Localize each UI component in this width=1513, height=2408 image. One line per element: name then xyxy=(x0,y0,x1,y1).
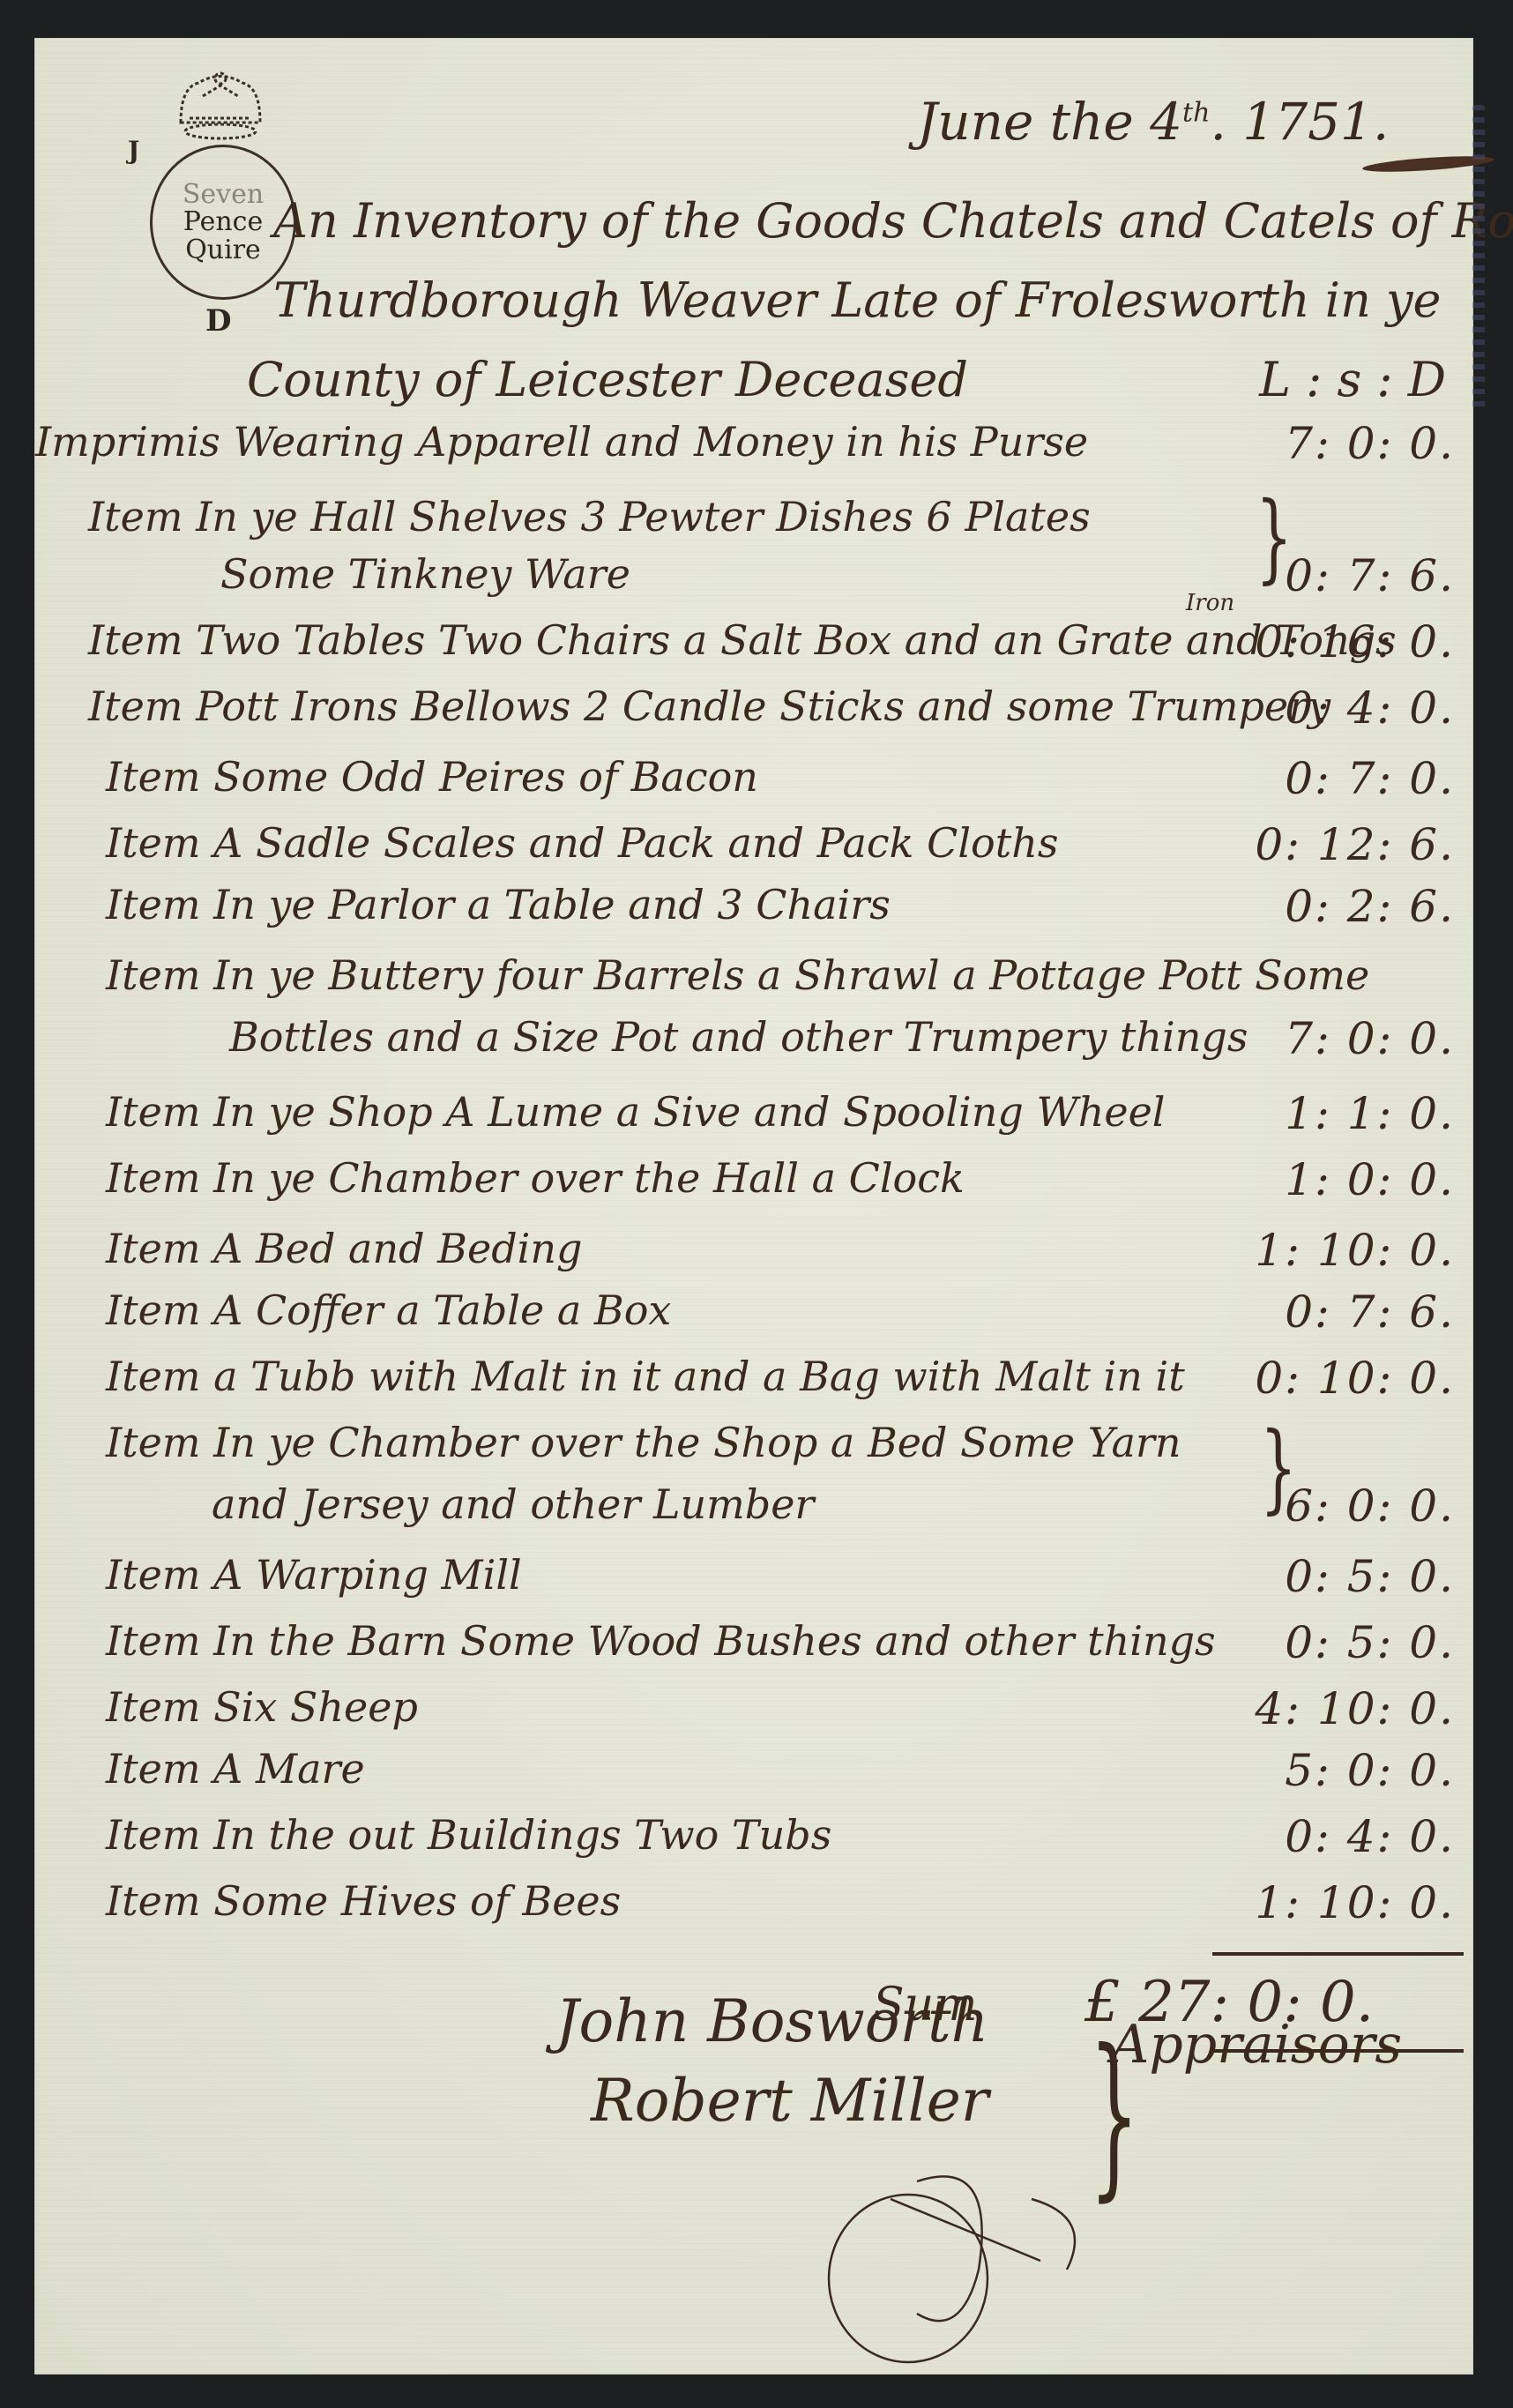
inventory-item: Item In ye Chamber over the Hall a Clock… xyxy=(35,1154,1472,1211)
item-value: 0: 7: 0. xyxy=(1285,753,1455,804)
crown-icon xyxy=(172,70,269,140)
inventory-item: Item In ye Buttery four Barrels a Shrawl… xyxy=(35,951,1472,1008)
item-description: Item A Warping Mill xyxy=(106,1551,522,1599)
inventory-item: Item In ye Shop A Lume a Sive and Spooli… xyxy=(35,1088,1472,1144)
item-description: Item In the Barn Some Wood Bushes and ot… xyxy=(106,1617,1216,1665)
item-value: 7: 0: 0. xyxy=(1285,418,1455,469)
appraiser-signature-1: John Bosworth xyxy=(555,1987,988,2055)
item-description: Item Some Odd Peires of Bacon xyxy=(106,753,758,801)
item-value: 1: 0: 0. xyxy=(1285,1154,1455,1205)
currency-header: L : s : D xyxy=(1259,352,1446,407)
item-description: Item A Mare xyxy=(106,1745,365,1793)
item-description: Item Two Tables Two Chairs a Salt Box an… xyxy=(88,616,1397,664)
item-description: Item A Bed and Beding xyxy=(106,1225,582,1272)
title-line-2: Thurdborough Weaver Late of Frolesworth … xyxy=(273,272,1441,328)
inventory-item: Item Some Odd Peires of Bacon 0: 7: 0. xyxy=(35,753,1472,809)
manuscript-page: J Seven Pence Quire D June the 4th. 1751… xyxy=(35,39,1472,2374)
item-value: 6: 0: 0. xyxy=(1285,1480,1455,1532)
item-description: Item Some Hives of Bees xyxy=(106,1877,621,1925)
inventory-item: Item In ye Chamber over the Shop a Bed S… xyxy=(35,1419,1472,1475)
item-description-continued: Some Tinkney Ware xyxy=(220,550,630,598)
title-line-1: An Inventory of the Goods Chatels and Ca… xyxy=(273,193,1513,249)
stamp-letter-d: D xyxy=(205,303,231,339)
appraisors-label: Appraisors xyxy=(1111,2014,1402,2076)
item-value: 0: 2: 6. xyxy=(1285,881,1455,932)
item-value: 0: 5: 0. xyxy=(1285,1617,1455,1668)
item-description: Item In ye Parlor a Table and 3 Chairs xyxy=(106,881,891,928)
item-description: Item a Tubb with Malt in it and a Bag wi… xyxy=(106,1353,1185,1400)
item-value: 1: 10: 0. xyxy=(1255,1225,1455,1276)
inventory-item: Item A Coffer a Table a Box 0: 7: 6. xyxy=(35,1286,1472,1343)
item-description: Item In the out Buildings Two Tubs xyxy=(106,1811,831,1859)
sum-rule-top xyxy=(1212,1952,1464,1956)
item-value: 1: 10: 0. xyxy=(1255,1877,1455,1928)
item-interlinear-note: Iron xyxy=(1186,590,1234,616)
item-value: 0: 4: 0. xyxy=(1285,1811,1455,1862)
inventory-item: Item A Sadle Scales and Pack and Pack Cl… xyxy=(35,819,1472,876)
document-date: June the 4th. 1751. xyxy=(917,92,1389,152)
item-value: 7: 0: 0. xyxy=(1285,1013,1455,1064)
inventory-item: Item A Warping Mill 0: 5: 0. xyxy=(35,1551,1472,1607)
item-description: Imprimis Wearing Apparell and Money in h… xyxy=(35,418,1088,466)
item-description: Item A Coffer a Table a Box xyxy=(106,1286,671,1334)
inventory-item: Item In ye Parlor a Table and 3 Chairs 0… xyxy=(35,881,1472,937)
stamp-text-pence: Pence xyxy=(183,208,263,236)
stamp-text-seven: Seven xyxy=(183,181,264,209)
signature-flourish-icon xyxy=(811,2146,1111,2375)
item-value: 5: 0: 0. xyxy=(1285,1745,1455,1796)
date-year: . 1751. xyxy=(1210,92,1389,152)
item-description: Item Pott Irons Bellows 2 Candle Sticks … xyxy=(88,682,1330,730)
inventory-item: Item a Tubb with Malt in it and a Bag wi… xyxy=(35,1353,1472,1409)
item-value: 1: 1: 0. xyxy=(1285,1088,1455,1139)
item-value: 0: 5: 0. xyxy=(1285,1551,1455,1602)
item-value: 0: 16: 0. xyxy=(1255,616,1455,667)
item-value: 0: 10: 0. xyxy=(1255,1353,1455,1404)
inventory-item: Item In the out Buildings Two Tubs 0: 4:… xyxy=(35,1811,1472,1868)
item-description: Item In ye Buttery four Barrels a Shrawl… xyxy=(106,951,1369,999)
item-value: 0: 7: 6. xyxy=(1285,550,1455,601)
inventory-item: Imprimis Wearing Apparell and Money in h… xyxy=(35,418,1472,474)
title-line-3: County of Leicester Deceased xyxy=(247,352,968,407)
item-description: Item In ye Chamber over the Hall a Clock xyxy=(106,1154,965,1202)
margin-ink-marks xyxy=(1472,105,1485,414)
inventory-item: Item Two Tables Two Chairs a Salt Box an… xyxy=(35,616,1472,673)
item-description-continued: and Jersey and other Lumber xyxy=(212,1480,814,1528)
inventory-item-continuation: Bottles and a Size Pot and other Trumper… xyxy=(35,1013,1472,1070)
item-value: 0: 12: 6. xyxy=(1255,819,1455,870)
inventory-item: Item Six Sheep 4: 10: 0. xyxy=(35,1683,1472,1740)
date-ordinal: th xyxy=(1182,98,1210,129)
item-value: 0: 7: 6. xyxy=(1285,1286,1455,1338)
inventory-item: Item In the Barn Some Wood Bushes and ot… xyxy=(35,1617,1472,1674)
inventory-item: Item Pott Irons Bellows 2 Candle Sticks … xyxy=(35,682,1472,739)
item-value: 0: 4: 0. xyxy=(1285,682,1455,734)
item-description: Item In ye Chamber over the Shop a Bed S… xyxy=(106,1419,1181,1466)
item-value: 4: 10: 0. xyxy=(1255,1683,1455,1734)
inventory-item-continuation: and Jersey and other Lumber } 6: 0: 0. xyxy=(35,1480,1472,1537)
inventory-item: Item Some Hives of Bees 1: 10: 0. xyxy=(35,1877,1472,1934)
item-description-continued: Bottles and a Size Pot and other Trumper… xyxy=(229,1013,1248,1061)
stamp-letter-j: J xyxy=(128,136,139,165)
date-day: June the 4 xyxy=(917,92,1182,152)
item-description: Item A Sadle Scales and Pack and Pack Cl… xyxy=(106,819,1058,867)
inventory-item-continuation: Some Tinkney Ware } 0: 7: 6. xyxy=(35,550,1472,607)
inventory-item: Item A Mare 5: 0: 0. xyxy=(35,1745,1472,1801)
appraiser-signature-2: Robert Miller xyxy=(591,2067,988,2135)
stamp-text-quire: Quire xyxy=(185,236,261,265)
inventory-item: Item A Bed and Beding 1: 10: 0. xyxy=(35,1225,1472,1281)
item-description: Item In ye Shop A Lume a Sive and Spooli… xyxy=(106,1088,1166,1136)
item-description: Item In ye Hall Shelves 3 Pewter Dishes … xyxy=(88,493,1091,540)
item-description: Item Six Sheep xyxy=(106,1683,418,1731)
